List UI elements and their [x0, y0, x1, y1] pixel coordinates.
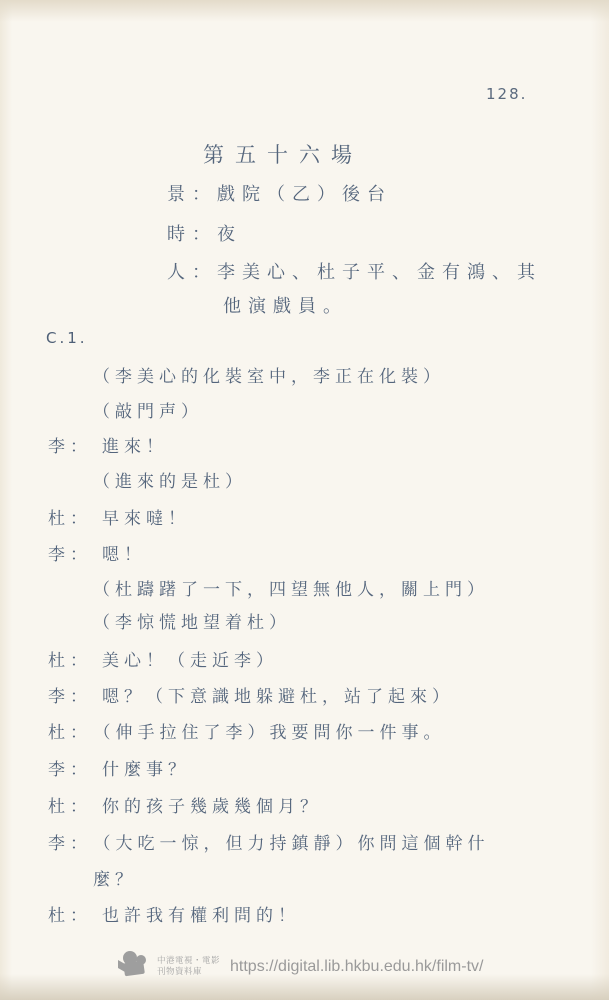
scene-time-value: 夜	[217, 224, 242, 245]
archive-watermark: 中港電視・電影 刊物資料庫 https://digital.lib.hkbu.e…	[116, 950, 483, 984]
dialogue-continuation: 麼？	[93, 865, 137, 890]
speaker-label: 杜：	[48, 797, 92, 817]
dialogue-text: 早來噠！	[102, 509, 190, 529]
scene-location-row: 景：戲院（乙）後台	[167, 180, 392, 206]
speaker-label: 杜：	[48, 906, 92, 926]
scene-location-label: 景：	[167, 184, 217, 205]
archive-logo-text: 中港電視・電影 刊物資料庫	[157, 956, 220, 977]
dialogue-line: 杜：美心！（走近李）	[48, 646, 278, 671]
dialogue-line: 李：（大吃一惊，但力持鎮靜）你問這個幹什	[48, 829, 490, 854]
stage-direction: （敲門声）	[93, 397, 203, 422]
dialogue-text: 什麼事？	[102, 760, 190, 780]
archive-url: https://digital.lib.hkbu.edu.hk/film-tv/	[230, 958, 483, 976]
dialogue-text: 麼？	[93, 870, 137, 890]
archive-logo-text-line2: 刊物資料庫	[157, 967, 220, 978]
scene-cast-label: 人：	[167, 262, 217, 283]
film-camera-icon	[116, 950, 152, 984]
stage-direction: （李惊慌地望着杜）	[93, 608, 291, 633]
scene-time-row: 時：夜	[167, 220, 242, 246]
dialogue-text: 進來！	[102, 437, 168, 457]
speaker-label: 李：	[48, 760, 92, 780]
dialogue-line: 杜：（伸手拉住了李）我要問你一件事。	[48, 718, 446, 743]
archive-logo-text-line1: 中港電視・電影	[157, 956, 220, 967]
dialogue-text: 你的孩子幾歲幾個月？	[102, 797, 322, 817]
scene-time-label: 時：	[167, 224, 217, 245]
speaker-label: 李：	[48, 834, 92, 854]
stage-direction-text: （進來的是杜）	[93, 472, 247, 492]
dialogue-text: （伸手拉住了李）我要問你一件事。	[102, 723, 446, 743]
speaker-label: 李：	[48, 545, 92, 565]
dialogue-line: 李：什麼事？	[48, 755, 190, 780]
stage-direction: （李美心的化裝室中，李正在化裝）	[93, 362, 445, 387]
archive-logo: 中港電視・電影 刊物資料庫	[116, 950, 220, 984]
scanned-script-page: 128. 第五十六場 景：戲院（乙）後台 時：夜 人：李美心、杜子平、金有鴻、其…	[0, 0, 609, 1000]
dialogue-text: 嗯！	[102, 545, 146, 565]
scene-cast-line2: 他演戲員。	[223, 292, 348, 318]
stage-direction-text: （李美心的化裝室中，李正在化裝）	[93, 367, 445, 387]
dialogue-text: 嗯？（下意識地躲避杜，站了起來）	[102, 687, 454, 707]
speaker-label: 杜：	[48, 509, 92, 529]
dialogue-line: 杜：也許我有權利問的！	[48, 901, 300, 926]
dialogue-text: 也許我有權利問的！	[102, 906, 300, 926]
dialogue-line: 杜：你的孩子幾歲幾個月？	[48, 792, 322, 817]
dialogue-line: 李：嗯！	[48, 540, 146, 565]
scene-title: 第五十六場	[203, 139, 363, 169]
speaker-label: 杜：	[48, 651, 92, 671]
page-number: 128.	[486, 85, 527, 103]
dialogue-line: 杜：早來噠！	[48, 504, 190, 529]
speaker-label: 李：	[48, 687, 92, 707]
stage-direction: （杜躊躇了一下，四望無他人，關上門）	[93, 575, 489, 600]
stage-direction-text: （敲門声）	[93, 402, 203, 422]
dialogue-text: 美心！（走近李）	[102, 651, 278, 671]
dialogue-line: 李：嗯？（下意識地躲避杜，站了起來）	[48, 682, 454, 707]
dialogue-line: 李：進來！	[48, 432, 168, 457]
stage-direction-text: （李惊慌地望着杜）	[93, 613, 291, 633]
scene-cast-row: 人：李美心、杜子平、金有鴻、其	[167, 258, 542, 284]
dialogue-text: （大吃一惊，但力持鎮靜）你問這個幹什	[102, 834, 490, 854]
stage-direction: （進來的是杜）	[93, 467, 247, 492]
scene-location-value: 戲院（乙）後台	[217, 184, 392, 205]
speaker-label: 杜：	[48, 723, 92, 743]
speaker-label: 李：	[48, 437, 92, 457]
stage-direction-text: （杜躊躇了一下，四望無他人，關上門）	[93, 580, 489, 600]
scene-cast-line1: 李美心、杜子平、金有鴻、其	[217, 262, 542, 283]
camera-cue: C.1.	[46, 329, 88, 347]
